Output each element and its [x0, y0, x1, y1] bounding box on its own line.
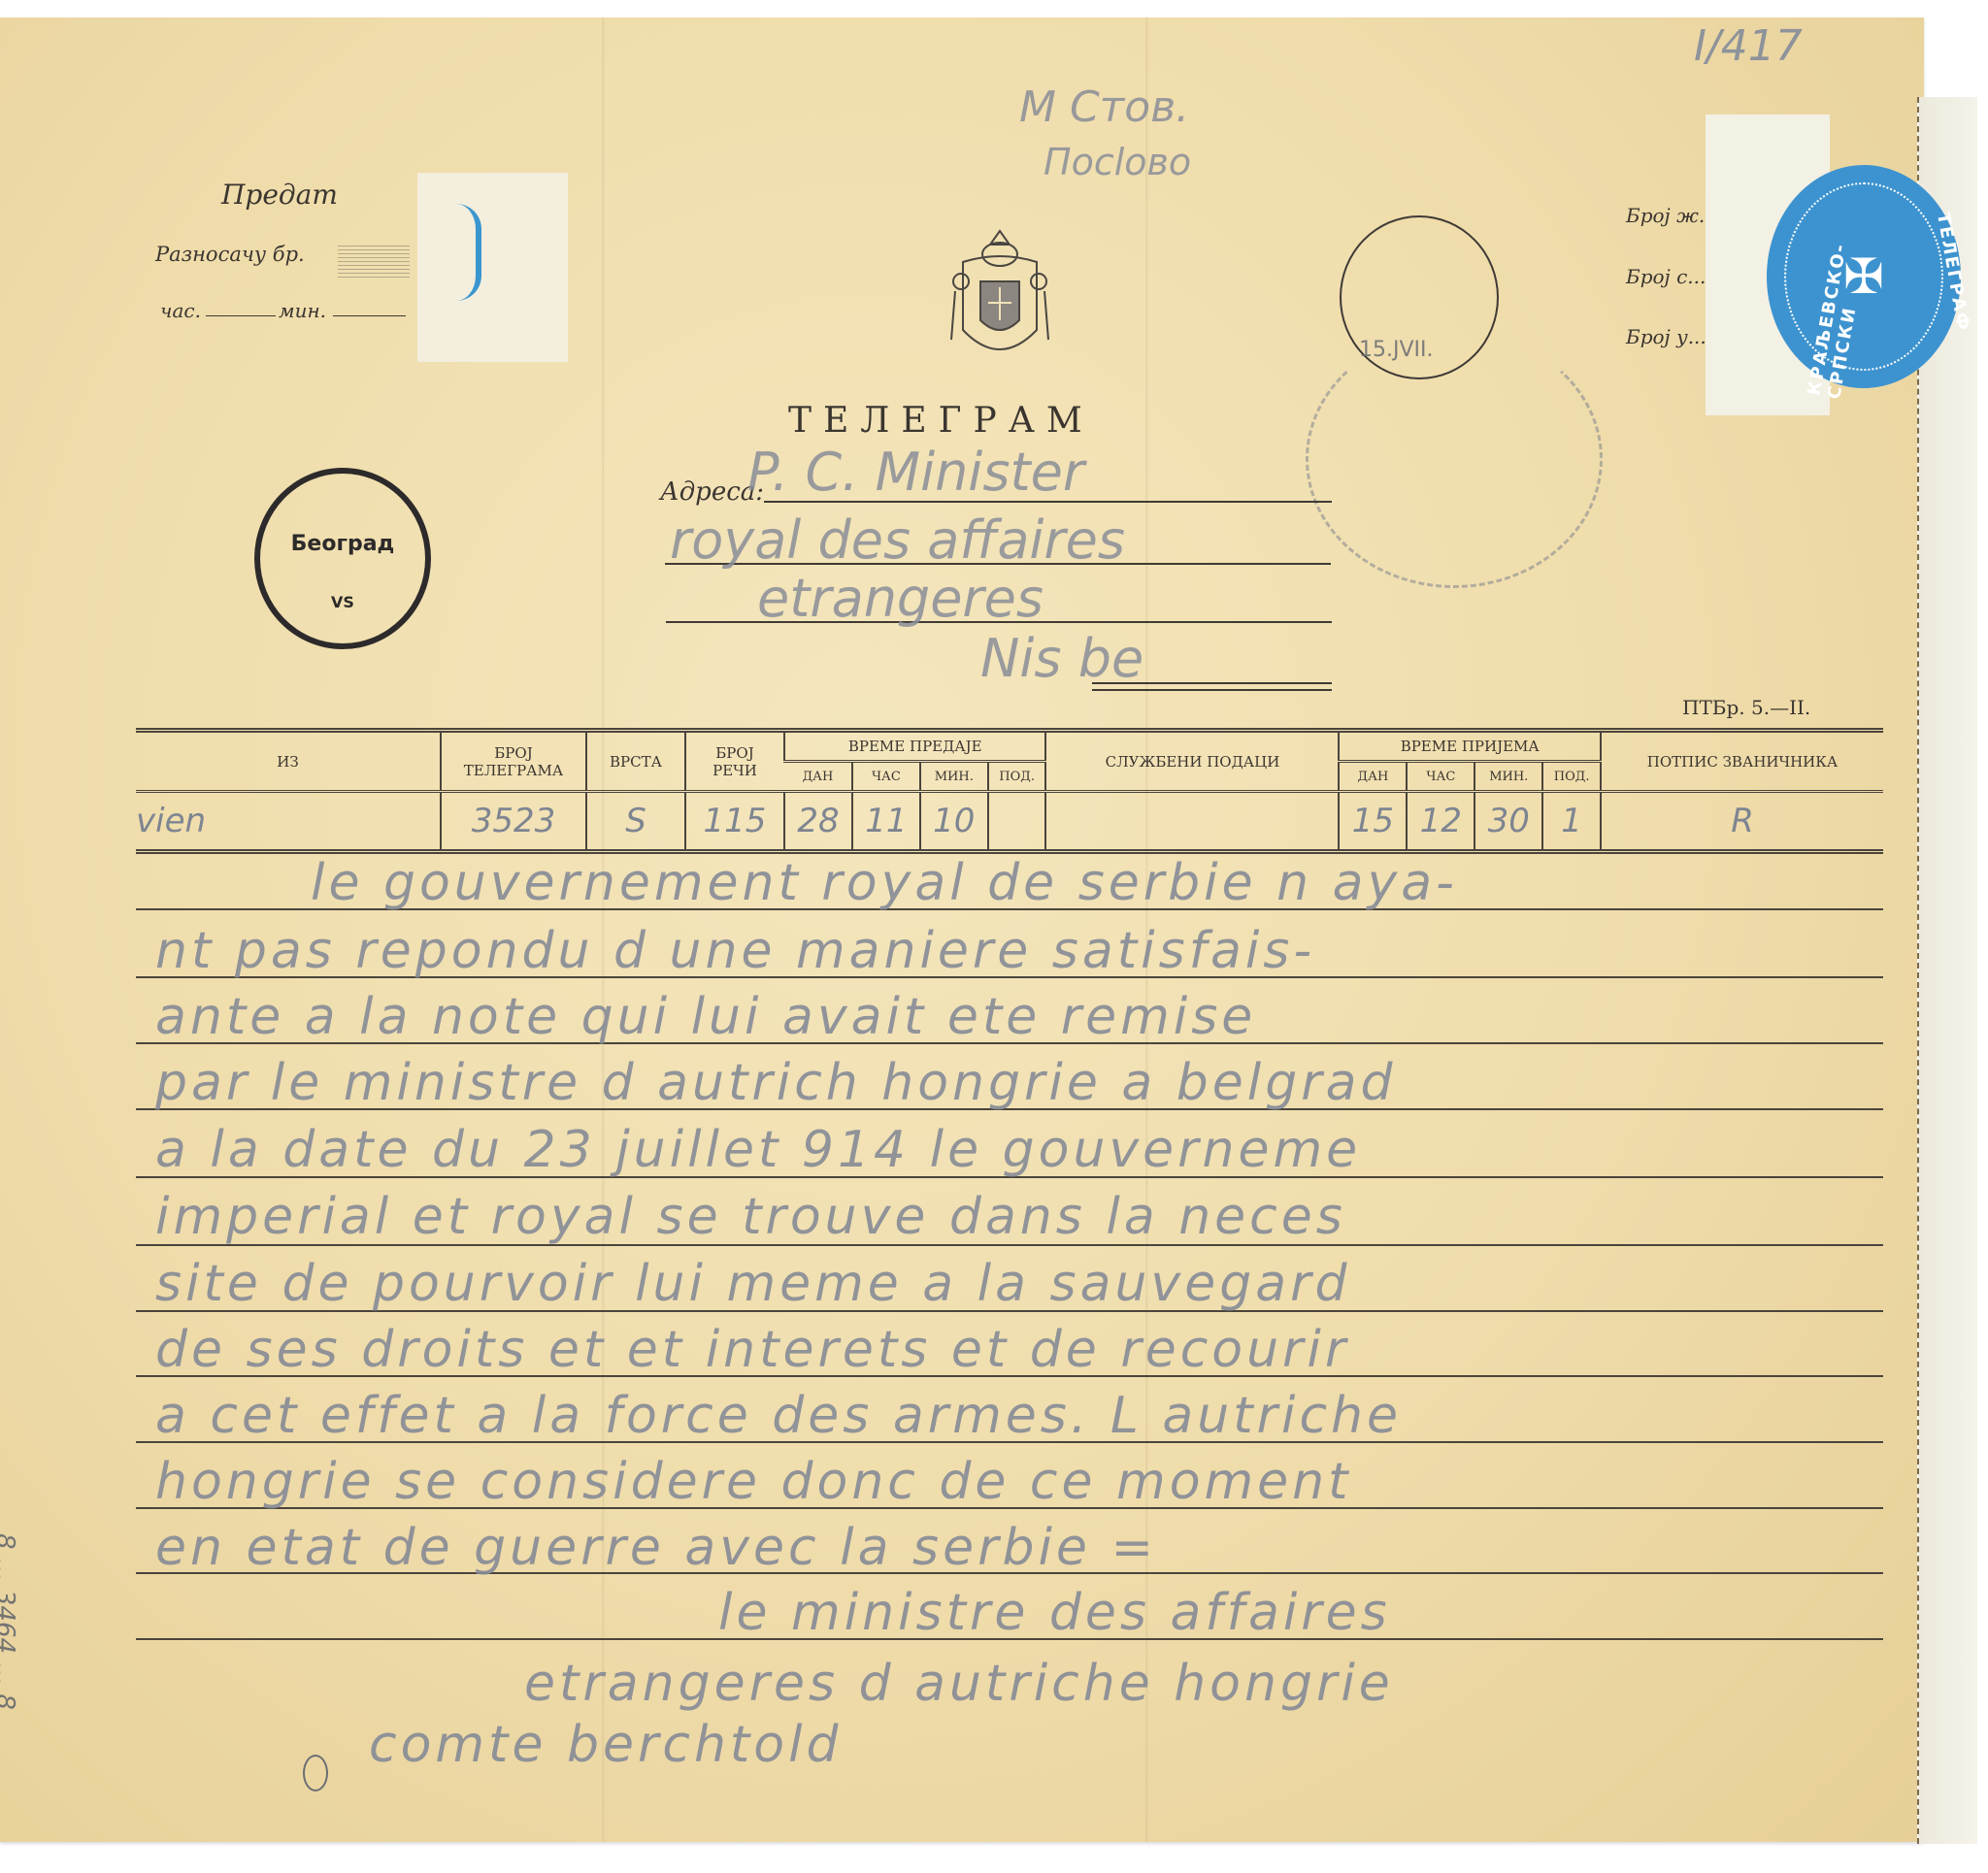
from-value: vien — [136, 792, 441, 852]
form-title: ТЕЛЕГРАМ — [788, 401, 1094, 441]
blue-seal-fragment — [456, 204, 481, 301]
dark-stamp-city: Београд — [260, 532, 425, 556]
dark-stamp-bottom: VS — [260, 593, 425, 611]
send-hour-header: ЧАС — [852, 762, 920, 792]
send-minute-value: 10 — [920, 792, 988, 852]
official-signature-value: R — [1601, 792, 1883, 852]
hour-blank-line — [206, 315, 276, 316]
number-label-3: Број у... — [1626, 325, 1706, 348]
message-line-8: de ses droits et et interets et de recou… — [155, 1321, 1349, 1379]
message-line-10: hongrie se considere donc de ce moment — [155, 1453, 1352, 1511]
message-line-3: ante a la note qui lui avait ete remise — [155, 988, 1256, 1046]
pencil-note-line-2: Посlово — [1044, 141, 1191, 183]
minute-label: мин. — [279, 299, 326, 322]
message-line-6: imperial et royal se trouve dans la nece… — [155, 1188, 1346, 1246]
receive-minute-value: 30 — [1474, 792, 1542, 852]
header-official-signature: ПОТПИС ЗВАНИЧНИКА — [1601, 731, 1883, 792]
receive-hour-value: 12 — [1407, 792, 1474, 852]
form-code: ПТБр. 5.—II. — [1682, 696, 1810, 719]
eagle-emblem-icon: ✠ — [1835, 243, 1893, 311]
predat-label: Предат — [221, 179, 338, 211]
date-stamp-text: 15.JVII. — [1359, 338, 1434, 362]
receive-day-value: 15 — [1339, 792, 1407, 852]
receive-minute-header: МИН. — [1474, 762, 1542, 792]
message-line-11: en etat de guerre avec la serbie = — [155, 1519, 1157, 1577]
word-count-value: 115 — [685, 792, 784, 852]
address-value-3: etrangeres — [757, 568, 1044, 629]
receive-day-header: ДАН — [1339, 762, 1407, 792]
message-line-4: par le ministre d autrich hongrie a belg… — [155, 1054, 1396, 1112]
number-label-2: Број с... — [1626, 265, 1706, 288]
carrier-number-box — [338, 243, 410, 278]
royal-serbian-telegraph-seal: КРАЉЕВСКО-СРПСКИ ТЕЛЕГРАФ ✠ — [1767, 165, 1961, 388]
header-word-count: БРОЈРЕЧИ — [685, 731, 784, 792]
signature-line-2: comte berchtold — [369, 1716, 843, 1774]
send-minute-header: МИН. — [920, 762, 988, 792]
address-value-2: royal des affaires — [670, 509, 1125, 571]
message-line-12: le ministre des affaires — [718, 1584, 1391, 1642]
header-telegram-number: БРОЈТЕЛЕГРАМА — [441, 731, 586, 792]
telegram-number-value: 3523 — [441, 792, 586, 852]
number-label-1: Број ж... — [1626, 204, 1717, 227]
belgrade-dark-stamp: Београд VS — [254, 468, 431, 649]
type-value: S — [586, 792, 685, 852]
address-value-1: P. C. Minister — [747, 442, 1084, 503]
header-receive-time: ВРЕМЕ ПРИЈЕМА — [1339, 731, 1601, 762]
pencil-note-line-1: М Стов. — [1019, 82, 1189, 132]
header-type: ВРСТА — [586, 731, 685, 792]
receive-period-header: ПОД. — [1542, 762, 1601, 792]
message-line-7: site de pourvoir lui meme a la sauvegard — [155, 1255, 1350, 1313]
official-data-value — [1045, 792, 1339, 852]
faded-date-stamp — [1306, 330, 1603, 588]
minute-blank-line — [333, 315, 406, 316]
message-line-1: le gouvernement royal de serbie n aya- — [311, 854, 1458, 912]
archive-number: I/417 — [1694, 21, 1803, 71]
coat-of-arms-icon — [942, 223, 1058, 378]
margin-note: 8 ... 3464 ... 8 — [0, 1533, 19, 1710]
header-from: ИЗ — [136, 731, 441, 792]
send-period-header: ПОД. — [988, 762, 1046, 792]
receive-period-value: 1 — [1542, 792, 1601, 852]
message-line-2: nt pas repondu d une maniere satisfais- — [155, 922, 1315, 980]
circled-mark-icon — [303, 1755, 328, 1791]
receive-hour-header: ЧАС — [1407, 762, 1474, 792]
send-day-value: 28 — [784, 792, 852, 852]
message-line-5: a la date du 23 juillet 914 le gouvernem… — [155, 1121, 1361, 1179]
send-hour-value: 11 — [852, 792, 920, 852]
carrier-label: Разносачу бр. — [155, 243, 305, 266]
header-official-data: СЛУЖБЕНИ ПОДАЦИ — [1045, 731, 1339, 792]
header-send-time: ВРЕМЕ ПРЕДАЈЕ — [784, 731, 1045, 762]
signature-line-1: etrangeres d autriche hongrie — [524, 1655, 1394, 1713]
message-line-9: a cet effet a la force des armes. L autr… — [155, 1387, 1402, 1445]
hour-label: час. — [160, 299, 201, 322]
send-period-value — [988, 792, 1046, 852]
address-value-4: Nis be — [980, 628, 1143, 689]
telegram-metadata-table: ИЗ БРОЈТЕЛЕГРАМА ВРСТА БРОЈРЕЧИ ВРЕМЕ ПР… — [136, 728, 1883, 854]
pasted-paper-strip-left — [417, 173, 568, 362]
send-day-header: ДАН — [784, 762, 852, 792]
